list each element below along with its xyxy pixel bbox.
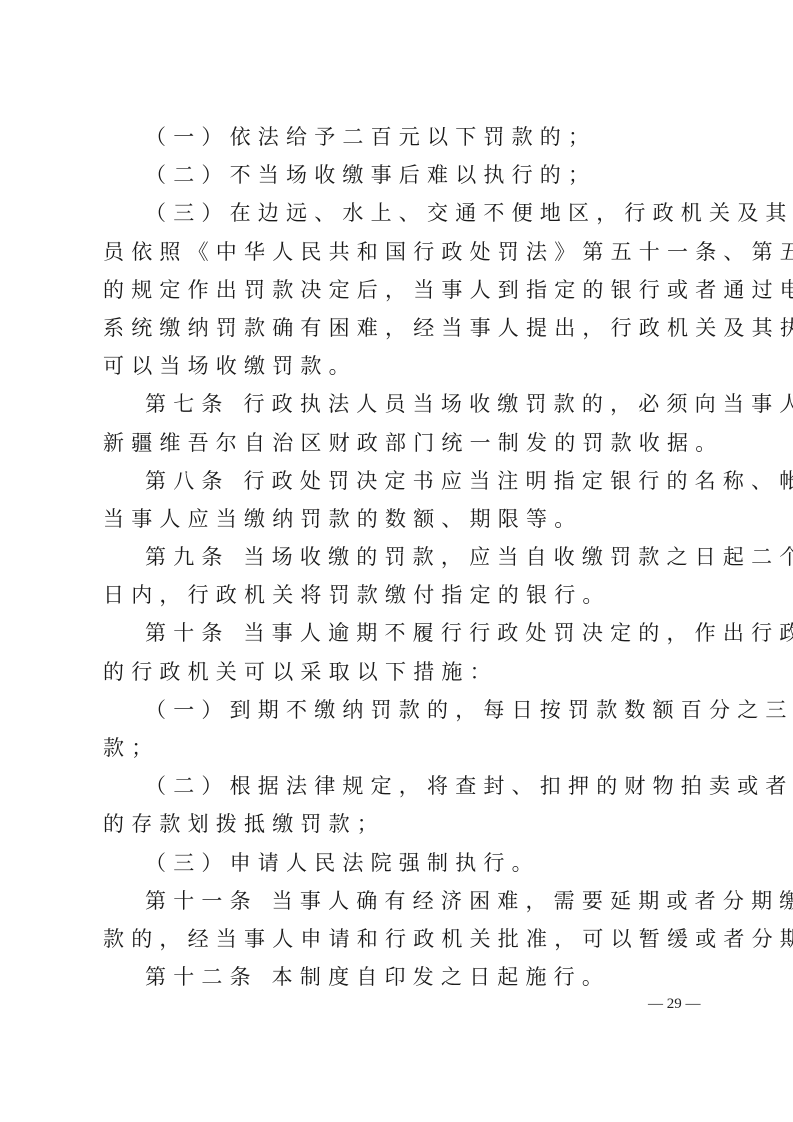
article-9: 第九条 当场收缴的罚款，应当自收缴罚款之日起二个工作 — [103, 538, 699, 576]
article-10-item-2: （二）根据法律规定，将查封、扣押的财物拍卖或者将冻结 — [103, 767, 699, 805]
list-item-3-remote-areas: （三）在边远、水上、交通不便地区，行政机关及其执法人 — [103, 194, 699, 232]
article-11: 第十一条 当事人确有经济困难，需要延期或者分期缴纳罚 — [103, 882, 699, 920]
paragraph-line: 的存款划拨抵缴罚款； — [103, 805, 699, 843]
document-body: （一）依法给予二百元以下罚款的； （二）不当场收缴事后难以执行的； （三）在边远… — [103, 118, 699, 996]
article-8: 第八条 行政处罚决定书应当注明指定银行的名称、帐号和 — [103, 462, 699, 500]
paragraph-line: 的行政机关可以采取以下措施： — [103, 653, 699, 691]
article-7: 第七条 行政执法人员当场收缴罚款的，必须向当事人出具 — [103, 385, 699, 423]
list-item-2-hard-to-enforce: （二）不当场收缴事后难以执行的； — [103, 156, 699, 194]
paragraph-line: 款的，经当事人申请和行政机关批准，可以暂缓或者分期缴纳。 — [103, 920, 699, 958]
paragraph-line: 日内，行政机关将罚款缴付指定的银行。 — [103, 576, 699, 614]
article-10: 第十条 当事人逾期不履行行政处罚决定的，作出行政处罚 — [103, 614, 699, 652]
article-12: 第十二条 本制度自印发之日起施行。 — [103, 958, 699, 996]
paragraph-line: 的规定作出罚款决定后，当事人到指定的银行或者通过电子支付 — [103, 271, 699, 309]
article-10-item-1: （一）到期不缴纳罚款的，每日按罚款数额百分之三加处罚 — [103, 691, 699, 729]
paragraph-line: 可以当场收缴罚款。 — [103, 347, 699, 385]
paragraph-line: 新疆维吾尔自治区财政部门统一制发的罚款收据。 — [103, 424, 699, 462]
article-10-item-3: （三）申请人民法院强制执行。 — [103, 844, 699, 882]
paragraph-line: 款； — [103, 729, 699, 767]
page-number: — 29 — — [648, 996, 701, 1013]
paragraph-line: 系统缴纳罚款确有困难，经当事人提出，行政机关及其执法人员 — [103, 309, 699, 347]
list-item-1-fine-under-200: （一）依法给予二百元以下罚款的； — [103, 118, 699, 156]
paragraph-line: 员依照《中华人民共和国行政处罚法》第五十一条、第五十七条 — [103, 233, 699, 271]
paragraph-line: 当事人应当缴纳罚款的数额、期限等。 — [103, 500, 699, 538]
